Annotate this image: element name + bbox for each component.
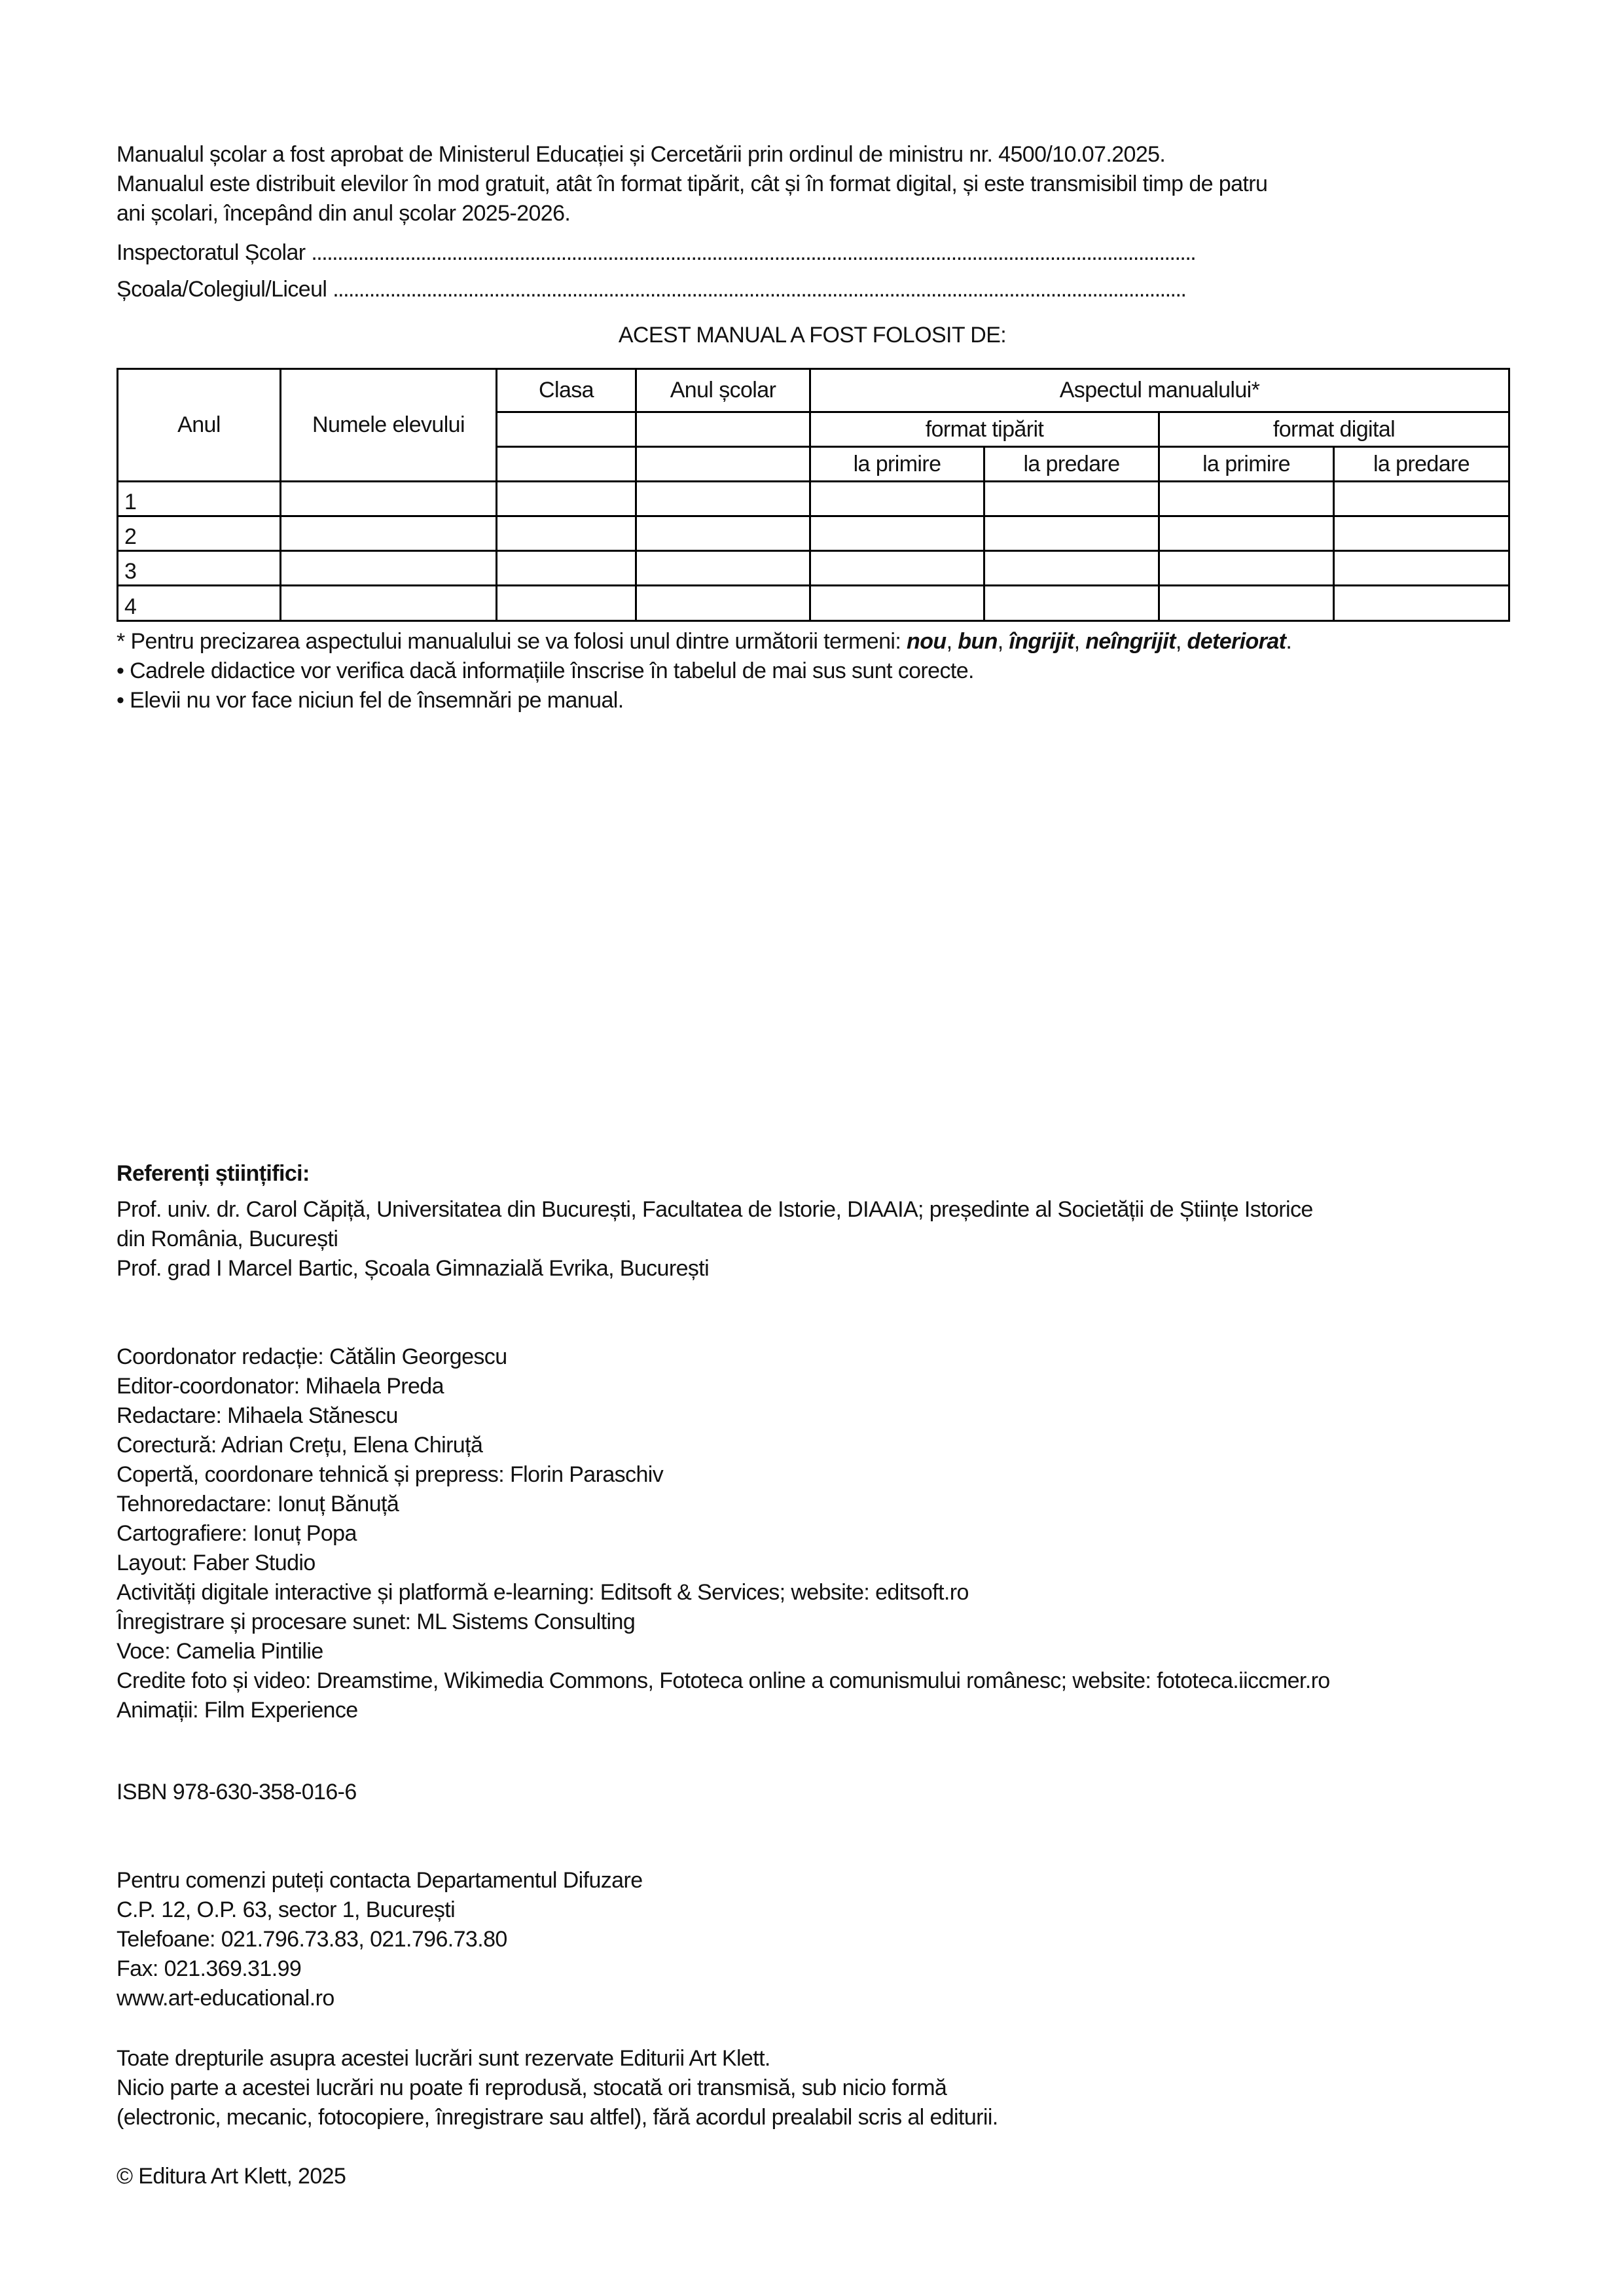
contact-phones: Telefoane: 021.796.73.83, 021.796.73.80 bbox=[117, 1925, 1517, 1954]
header-aspectul-manualului: Aspectul manualului* bbox=[811, 370, 1508, 411]
scoala-field: Școala/Colegiul/Liceul .................… bbox=[117, 275, 1185, 304]
rights-line: Toate drepturile asupra acestei lucrări … bbox=[117, 2044, 1517, 2073]
approval-notice: Manualul școlar a fost aprobat de Minist… bbox=[117, 140, 1517, 228]
scoala-label: Școala/Colegiul/Liceul bbox=[117, 277, 327, 302]
inspectorat-label: Inspectoratul Școlar bbox=[117, 240, 306, 265]
usage-table: Anul Numele elevului Clasa Anul școlar A… bbox=[117, 368, 1508, 620]
note-bullet: • Elevii nu vor face niciun fel de însem… bbox=[117, 686, 1517, 715]
table-row-1-anul: 1 bbox=[124, 490, 137, 515]
editorial-credits: Coordonator redacție: Cătălin Georgescu … bbox=[117, 1342, 1517, 1725]
header-format-digital: format digital bbox=[1160, 413, 1508, 446]
table-row-3-anul: 3 bbox=[124, 559, 137, 584]
header-anul: Anul bbox=[118, 370, 280, 480]
document-page: Manualul școlar a fost aprobat de Minist… bbox=[0, 0, 1624, 2296]
credit-line: Copertă, coordonare tehnică și prepress:… bbox=[117, 1460, 1517, 1490]
header-clasa: Clasa bbox=[497, 370, 635, 411]
credit-line: Animații: Film Experience bbox=[117, 1696, 1517, 1725]
header-digital-la-primire: la primire bbox=[1160, 448, 1333, 480]
credit-line: Cartografiere: Ionuț Popa bbox=[117, 1519, 1517, 1549]
credit-line: Layout: Faber Studio bbox=[117, 1549, 1517, 1578]
credit-line: Coordonator redacție: Cătălin Georgescu bbox=[117, 1342, 1517, 1372]
usage-table-title: ACEST MANUAL A FOST FOLOSIT DE: bbox=[117, 321, 1508, 350]
credit-line: Editor-coordonator: Mihaela Preda bbox=[117, 1372, 1517, 1401]
rights-notice: Toate drepturile asupra acestei lucrări … bbox=[117, 2044, 1517, 2132]
reviewers-heading: Referenți științifici: bbox=[117, 1159, 1517, 1189]
approval-line: Manualul școlar a fost aprobat de Minist… bbox=[117, 140, 1517, 170]
credit-line: Redactare: Mihaela Stănescu bbox=[117, 1401, 1517, 1431]
isbn: ISBN 978-630-358-016-6 bbox=[117, 1778, 357, 1807]
term-ingrijit: îngrijit bbox=[1009, 629, 1074, 654]
reviewer-line: Prof. grad I Marcel Bartic, Școala Gimna… bbox=[117, 1254, 1517, 1283]
header-tiparit-la-predare: la predare bbox=[985, 448, 1158, 480]
table-row-4-anul: 4 bbox=[124, 594, 137, 620]
header-anul-scolar: Anul școlar bbox=[637, 370, 809, 411]
term-neingrijit: neîngrijit bbox=[1085, 629, 1176, 654]
contact-address: C.P. 12, O.P. 63, sector 1, București bbox=[117, 1895, 1517, 1925]
credit-line: Corectură: Adrian Crețu, Elena Chiruță bbox=[117, 1431, 1517, 1460]
term-deteriorat: deteriorat bbox=[1187, 629, 1286, 654]
contact-fax: Fax: 021.369.31.99 bbox=[117, 1954, 1517, 1984]
term-bun: bun bbox=[958, 629, 998, 654]
credit-line: Voce: Camelia Pintilie bbox=[117, 1637, 1517, 1666]
note-bullet: • Cadrele didactice vor verifica dacă in… bbox=[117, 656, 1517, 686]
inspectorat-fill-line: ........................................… bbox=[311, 240, 1195, 265]
inspectorat-field: Inspectoratul Școlar ...................… bbox=[117, 238, 1195, 268]
distribution-line: Manualul este distribuit elevilor în mod… bbox=[117, 170, 1517, 199]
distribution-line-cont: ani școlari, începând din anul școlar 20… bbox=[117, 199, 1517, 228]
credit-line: Înregistrare și procesare sunet: ML Sist… bbox=[117, 1607, 1517, 1637]
rights-line: Nicio parte a acestei lucrări nu poate f… bbox=[117, 2073, 1517, 2103]
header-digital-la-predare: la predare bbox=[1335, 448, 1508, 480]
credit-line: Activități digitale interactive și platf… bbox=[117, 1578, 1517, 1607]
contact-website-link[interactable]: www.art-educational.ro bbox=[117, 1984, 1517, 2013]
header-numele-elevului: Numele elevului bbox=[281, 370, 496, 480]
contact-info: Pentru comenzi puteți contacta Departame… bbox=[117, 1866, 1517, 2013]
credit-line: Tehnoredactare: Ionuț Bănuță bbox=[117, 1490, 1517, 1519]
reviewer-line: din România, București bbox=[117, 1225, 1517, 1254]
term-nou: nou bbox=[907, 629, 947, 654]
contact-line: Pentru comenzi puteți contacta Departame… bbox=[117, 1866, 1517, 1895]
scoala-fill-line: ........................................… bbox=[333, 277, 1185, 302]
table-notes: * Pentru precizarea aspectului manualulu… bbox=[117, 627, 1517, 715]
scientific-reviewers: Referenți științifici: Prof. univ. dr. C… bbox=[117, 1159, 1517, 1283]
credit-line: Credite foto și video: Dreamstime, Wikim… bbox=[117, 1666, 1517, 1696]
table-row-2-anul: 2 bbox=[124, 524, 137, 550]
reviewer-line: Prof. univ. dr. Carol Căpiță, Universita… bbox=[117, 1195, 1517, 1225]
aspect-terms-note: * Pentru precizarea aspectului manualulu… bbox=[117, 627, 1517, 656]
copyright: © Editura Art Klett, 2025 bbox=[117, 2162, 346, 2191]
header-format-tiparit: format tipărit bbox=[811, 413, 1158, 446]
rights-line: (electronic, mecanic, fotocopiere, înreg… bbox=[117, 2103, 1517, 2132]
header-tiparit-la-primire: la primire bbox=[811, 448, 983, 480]
